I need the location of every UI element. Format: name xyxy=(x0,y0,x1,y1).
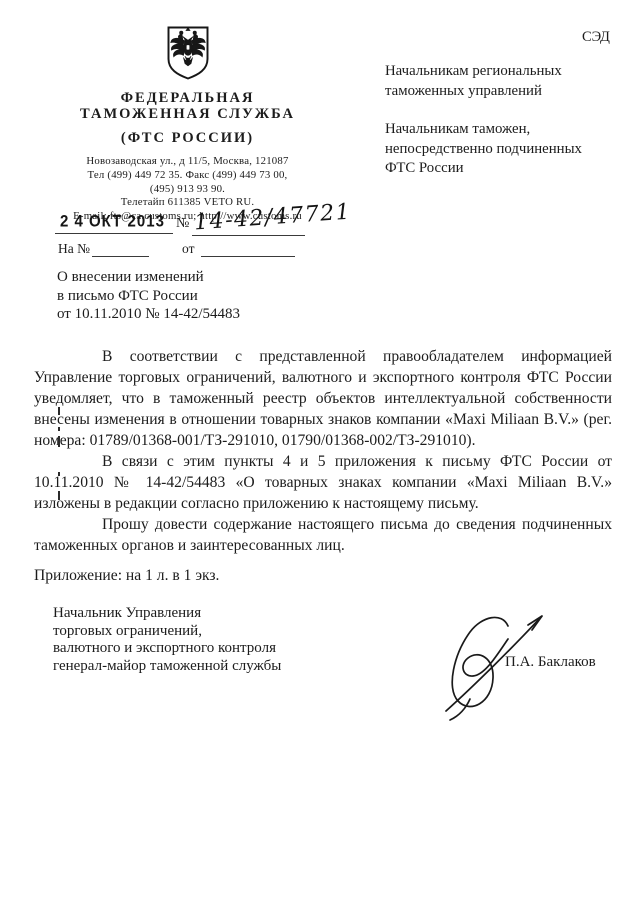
scan-artifact-mark xyxy=(58,427,60,431)
scan-artifact-mark xyxy=(58,436,60,447)
reply-date-line xyxy=(201,256,295,257)
addressee-block-2: Начальникам таможен, непосредственно под… xyxy=(385,120,620,179)
scan-artifact-mark xyxy=(58,407,60,415)
scan-artifact-mark xyxy=(58,491,60,500)
org-name-line1: ФЕДЕРАЛЬНАЯ xyxy=(40,91,335,107)
signer-title: Начальник Управления торговых ограничени… xyxy=(53,605,383,675)
signer-name: П.А. Баклаков xyxy=(505,654,596,671)
number-underline xyxy=(192,235,305,236)
body-paragraph-2: В связи с этим пункты 4 и 5 приложения к… xyxy=(34,451,612,514)
org-abbreviation: (ФТС РОССИИ) xyxy=(40,130,335,147)
reply-to-label: На № xyxy=(58,241,90,257)
date-stamp: 2 4 ОКТ 2013 xyxy=(60,212,165,230)
scanned-letter-page: ФЕДЕРАЛЬНАЯ ТАМОЖЕННАЯ СЛУЖБА (ФТС РОССИ… xyxy=(0,0,640,905)
letter-subject: О внесении изменений в письмо ФТС России… xyxy=(57,268,307,324)
coat-of-arms-icon xyxy=(165,26,211,80)
attachment-note: Приложение: на 1 л. в 1 экз. xyxy=(34,567,219,585)
body-paragraph-1: В соответствии с представленной правообл… xyxy=(34,346,612,451)
number-sign-label: № xyxy=(176,216,189,232)
addressee-block-1: Начальникам региональных таможенных упра… xyxy=(385,62,620,101)
reply-from-label: от xyxy=(182,241,194,257)
reply-number-line xyxy=(92,256,149,257)
letter-body: В соответствии с представленной правообл… xyxy=(34,346,612,556)
sed-marker: СЭД xyxy=(582,29,610,46)
date-underline xyxy=(55,233,173,234)
body-paragraph-3: Прошу довести содержание настоящего пись… xyxy=(34,514,612,556)
org-name-line2: ТАМОЖЕННАЯ СЛУЖБА xyxy=(40,107,335,123)
scan-artifact-mark xyxy=(58,472,60,476)
letterhead: ФЕДЕРАЛЬНАЯ ТАМОЖЕННАЯ СЛУЖБА (ФТС РОССИ… xyxy=(40,26,335,224)
